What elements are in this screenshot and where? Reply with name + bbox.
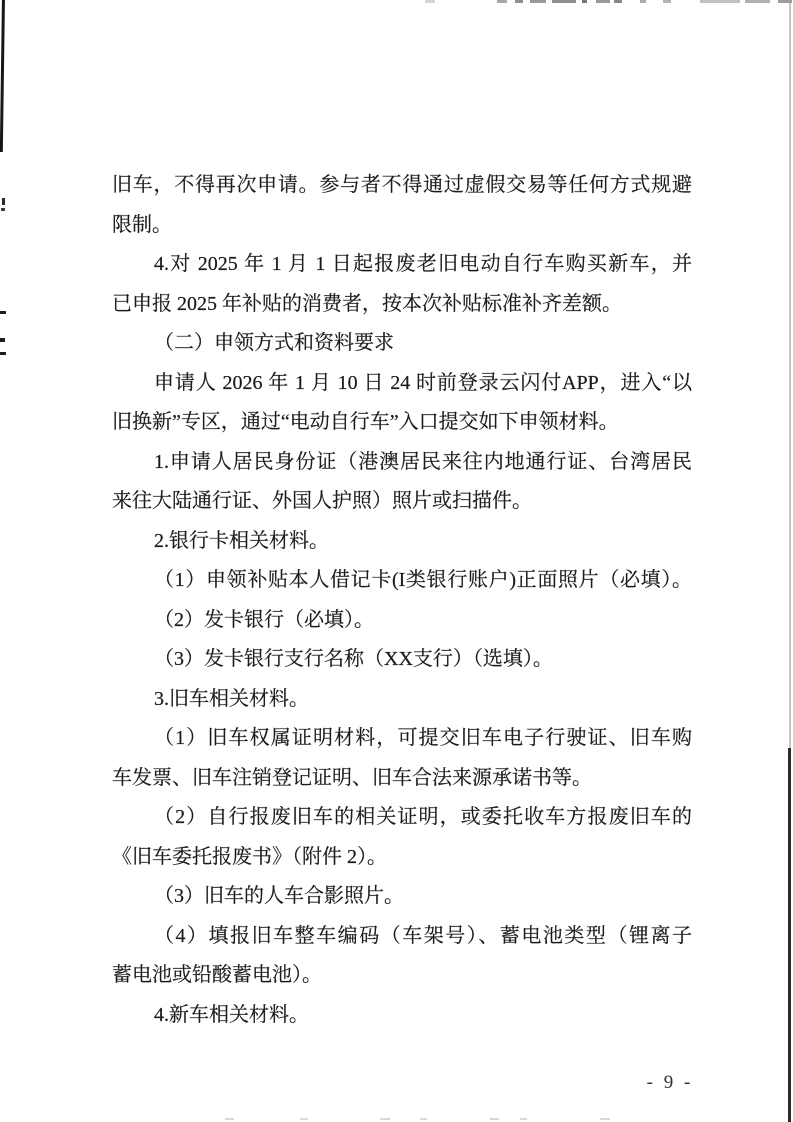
scan-noise-dash [614,0,622,3]
text-line: （4）填报旧车整车编码（车架号）、蓄电池类型（锂离子 [112,917,692,957]
scan-noise-dot [520,1118,527,1120]
text-line: （2）自行报废旧车的相关证明，或委托收车方报废旧车的 [112,798,692,838]
scan-noise-dash [425,0,435,3]
text-line: 3.旧车相关材料。 [112,680,692,720]
scan-noise-dash [778,0,792,3]
text-line: 1.申请人居民身份证（港澳居民来往内地通行证、台湾居民 [112,443,692,483]
text-line: 4.对 2025 年 1 月 1 日起报废老旧电动自行车购买新车，并 [112,245,692,285]
text-line: 限制。 [112,206,692,246]
text-line: （2）发卡银行（必填）。 [112,601,692,641]
text-line: 4.新车相关材料。 [112,996,692,1036]
scan-noise-dot [490,1118,499,1120]
text-line: （1）申领补贴本人借记卡(I类银行账户)正面照片（必填）。 [112,561,692,601]
scan-noise-dot [225,1118,234,1120]
scan-noise-dash [497,0,507,3]
scan-edge-line-right [789,0,791,748]
text-line: （3）旧车的人车合影照片。 [112,877,692,917]
text-line: 旧车，不得再次申请。参与者不得通过虚假交易等任何方式规避 [112,166,692,206]
scan-noise-dash [700,0,740,3]
scan-binding-mark-left [0,0,5,152]
scan-noise-dash [552,0,576,3]
scan-noise-dot [380,1118,390,1120]
text-line: 车发票、旧车注销登记证明、旧车合法来源承诺书等。 [112,759,692,799]
scan-noise-dash [663,0,671,3]
scan-speck [1,208,5,211]
scan-edge-line-right [788,748,791,1122]
scan-noise-dash [745,0,770,3]
text-line: 申请人 2026 年 1 月 10 日 24 时前登录云闪付APP，进入“以 [112,364,692,404]
text-line: 2.银行卡相关材料。 [112,522,692,562]
text-line: （1）旧车权属证明材料，可提交旧车电子行驶证、旧车购 [112,719,692,759]
text-line: 旧换新”专区，通过“电动自行车”入口提交如下申领材料。 [112,403,692,443]
scan-noise-dot [600,1118,610,1120]
text-line: （3）发卡银行支行名称（XX支行）（选填）。 [112,640,692,680]
scan-noise-dash [640,0,646,3]
scan-noise-dash [596,0,610,3]
scan-edge-mark [0,311,6,314]
scan-noise-dash [582,0,587,3]
scan-noise-dot [420,1118,427,1120]
scanned-document-page: 旧车，不得再次申请。参与者不得通过虚假交易等任何方式规避限制。4.对 2025 … [0,0,793,1122]
scan-speck [2,198,5,205]
text-line: 已申报 2025 年补贴的消费者，按本次补贴标准补齐差额。 [112,285,692,325]
document-body: 旧车，不得再次申请。参与者不得通过虚假交易等任何方式规避限制。4.对 2025 … [112,166,692,1035]
text-line: 蓄电池或铅酸蓄电池）。 [112,956,692,996]
scan-noise-dash [515,0,523,3]
scan-edge-mark [0,352,6,355]
scan-noise-dot [300,1118,308,1120]
scan-edge-mark [0,338,5,342]
text-line: 《旧车委托报废书》（附件 2）。 [112,838,692,878]
page-number: - 9 - [640,1072,700,1094]
text-line: （二）申领方式和资料要求 [112,324,692,364]
scan-noise-dash [530,0,546,3]
text-line: 来往大陆通行证、外国人护照）照片或扫描件。 [112,482,692,522]
